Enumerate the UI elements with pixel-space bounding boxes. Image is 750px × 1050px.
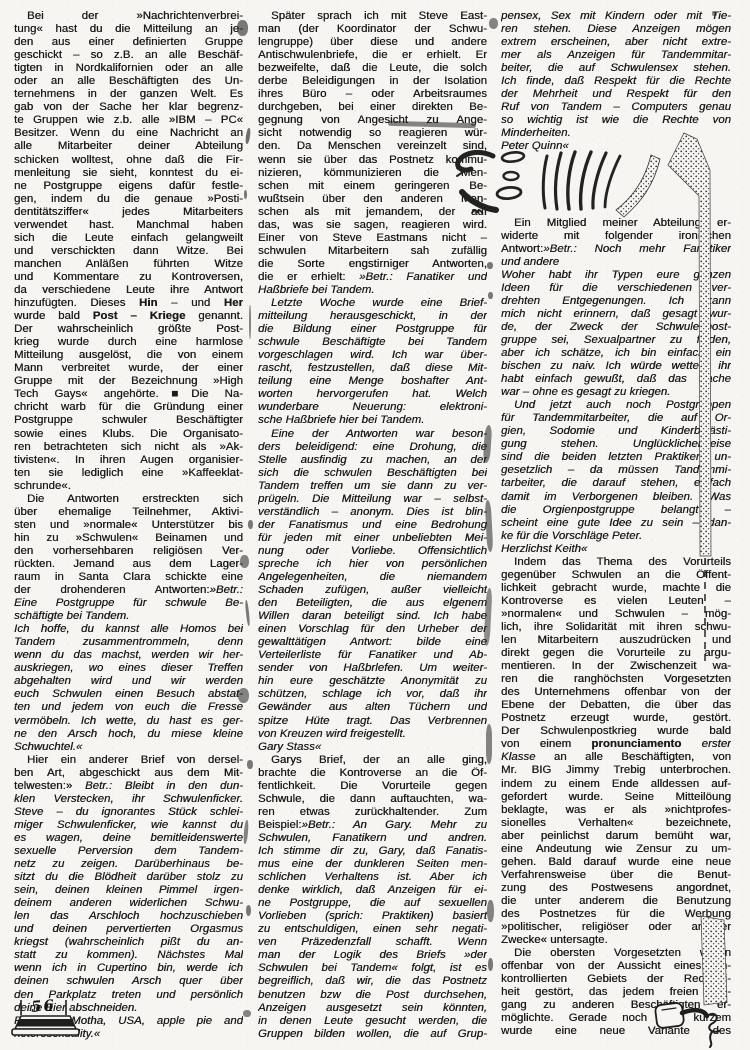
text-run: prügeln. Die Mitteilung war – selbst-	[258, 493, 487, 505]
text-line: Der wahrscheinlich größte Post-	[14, 323, 243, 336]
text-run: »Betr.: Noch mehr Fanatiker	[543, 243, 731, 255]
text-run: das, was sie sagen, reagieren wird.	[258, 219, 487, 231]
text-line: so wichtig ist wie die Rechte von	[501, 114, 731, 127]
text-column-left: Bei der »Nachrichtenverbrei-tung« hast d…	[14, 10, 243, 1041]
text-run: wußtsein über den anderen Men-	[258, 193, 487, 205]
text-line: ten und jedem von euch die Fresse	[14, 701, 243, 714]
text-line: die er erhielt: »Betr.: Fanatiker und	[258, 271, 487, 284]
text-run: wenn du das machst, werden wir her-	[14, 649, 243, 661]
text-run: spitze Hüte tragt. Das Verbrennen	[258, 715, 487, 727]
text-run: »Betr.: Fanatiker und	[359, 271, 487, 283]
text-line: eine Andeutung wie Zensur zu um-	[501, 843, 731, 856]
text-run: gien, Sodomie und Kinderbelästi-	[501, 425, 731, 437]
text-line: geschickt – so z.B. an alle Beschäf-	[14, 49, 243, 62]
text-line: Schwulen bei Tandem« folgt, ist es	[258, 962, 487, 975]
text-run: tigten in Nordkalifornien oder an alle	[14, 62, 243, 74]
text-run: lengruppe) über diese und andere	[258, 36, 487, 48]
text-line: extrem erscheinen, aber nicht extre-	[501, 36, 731, 49]
text-run: worten hervorgerufen hat. Welch	[258, 388, 487, 400]
text-line: gehen. Bald darauf wurde eine neue	[501, 856, 731, 869]
text-line: benutzen bzw die Post durchsehen,	[258, 989, 487, 1002]
text-run: in denen Leute gesucht werden, die	[258, 1015, 487, 1027]
text-line: schwulen Mitarbeitern sah zufällig	[258, 245, 487, 258]
text-run: »normalen« und Schwulen – mög-	[501, 608, 731, 620]
text-run: rascht, festzustellen, daß diese Mit-	[258, 362, 487, 374]
text-line: es wagen, deine bemitleidenswerte	[14, 832, 243, 845]
text-line: teilung eine Menge boshafter Ant-	[258, 375, 487, 388]
text-line: wenn du das machst, werden wir her-	[14, 649, 243, 662]
text-run: Postnetz erzeugt wurde, gestört.	[501, 712, 731, 724]
text-run: genannt.	[185, 310, 243, 322]
text-run: Herzlichst Keith«	[501, 543, 587, 555]
text-run: Letzte Woche wurde eine Brief-	[271, 297, 487, 309]
text-run: pensex, Sex mit Kindern oder mit Tie-	[501, 10, 731, 22]
text-run: gung stehen. Unglücklicherweise	[501, 438, 731, 450]
text-run: gehen. Bald darauf wurde eine neue	[501, 856, 731, 868]
text-line: ke für die Vorschläge Peter.	[501, 530, 731, 543]
text-line: mentieren. In der Zwischenzeit wa-	[501, 660, 731, 673]
text-line: euch Schwulen einen Besuch abstat-	[14, 688, 243, 701]
text-line: Peter Quinn«	[501, 140, 731, 153]
photocopy-speck	[249, 305, 251, 339]
text-line: von Kreuzen wird freigestellt.	[258, 728, 487, 741]
text-run: zu entschuldigen, einen sehr negati-	[258, 923, 487, 935]
text-line: hinzufügten. Dieses Hin – und Her	[14, 297, 243, 310]
text-line: Gruppen bilden wollen, die auf Grup-	[258, 1028, 487, 1041]
text-run: den Beteiligten, die aus elgenem	[258, 597, 487, 609]
text-run: schicken wolltest, ohne daß die Fir-	[14, 154, 243, 166]
text-run: ke für die Vorschläge Peter.	[501, 530, 642, 542]
text-run: Der Schwulenpostkrieg wurde bald	[501, 725, 731, 737]
text-run: schen mit einem geringeren Be-	[258, 180, 487, 192]
text-run: Haßbriefe bei Tandem.	[258, 284, 375, 296]
text-line: alle Mitarbeiter deiner Abteilung	[14, 140, 243, 153]
text-run: kriegst (wahrscheinlich pißt du an-	[14, 936, 243, 948]
text-line: schen mit einem geringeren Be-	[258, 180, 487, 193]
text-run: ihres Büro – oder Arbeitsraumes	[258, 88, 487, 100]
text-line: den Beteiligten, die aus elgenem	[258, 597, 487, 610]
text-line: lengruppe) über diese und andere	[258, 36, 487, 49]
text-line: ne Postgruppe, die auf sexuellen	[258, 897, 487, 910]
text-line: Schaden zufügen, außer vielleicht	[258, 584, 487, 597]
text-run: Indem das Thema des Vorurteils	[514, 556, 731, 568]
text-line: worten hervorgerufen hat. Welch	[258, 388, 487, 401]
text-run: schützen, schlage ich vor, daß ihr	[258, 688, 487, 700]
text-line: von einem pronunciamento erster	[501, 738, 731, 751]
text-run: Willen daran beteiligt sind. Ich habe	[258, 610, 487, 622]
text-line: Postnetz erzeugt wurde, gestört.	[501, 712, 731, 725]
text-run: ne den Arsch hoch, du miese kleine	[14, 728, 243, 740]
text-line: wunderbare Neuerung: elektroni-	[258, 401, 487, 414]
text-line: Der Schwulenpostkrieg wurde bald	[501, 725, 731, 738]
text-line: nizieren, kömmunizieren die Men-	[258, 167, 487, 180]
text-run: ders beleidigend: eine Drohung, die	[258, 441, 487, 453]
text-line: len das Arschloch hochzuschieben	[14, 910, 243, 923]
text-run: tivisten«. In ihren Augen organisier-	[14, 454, 243, 466]
text-line: und deinen pervertierten Orgasmus	[14, 923, 243, 936]
text-run: die unter anderem die Benutzung	[501, 895, 731, 907]
photocopy-speck	[248, 520, 253, 529]
text-line: spitze Hüte tragt. Das Verbrennen	[258, 715, 487, 728]
text-run: möglichte. Gerade noch vor kurzem	[501, 1012, 731, 1024]
text-run: Peter Quinn«	[501, 140, 569, 152]
text-run: benutzen bzw die Post durchsehen,	[258, 989, 487, 1001]
text-run: manchen Anläßen führten Witze	[14, 258, 243, 270]
text-line: die Orgienpostgruppe belangt –	[501, 504, 731, 517]
text-run: Besitzer. Wenn du eine Nachricht an	[14, 127, 243, 139]
text-line: statt zu kommen). Nächstes Mal	[14, 949, 243, 962]
text-line: kriegst (wahrscheinlich pißt du an-	[14, 936, 243, 949]
text-run: durchgeben, bei einer direkten Be-	[258, 101, 487, 113]
text-line: Und jetzt auch noch Postgruppen	[501, 399, 731, 412]
text-line: schen als mit jemandem, der auf	[258, 206, 487, 219]
text-run: aber ich schätze, ich bin einfach ein	[501, 347, 731, 359]
text-run: Schwulen, Fanatikern und andren.	[258, 832, 487, 844]
text-run: Bei der »Nachrichtenverbrei-	[27, 10, 243, 22]
text-run: gesetzlich – da müssen Tandemmi-	[501, 464, 731, 476]
text-run: gefordert wurde. Seine Mitteilöung	[501, 791, 731, 803]
text-line: Willen daran beteiligt sind. Ich habe	[258, 610, 487, 623]
text-run: mitteilung herausgeschickt, in der	[258, 310, 487, 322]
text-line: ders beleidigend: eine Drohung, die	[258, 441, 487, 454]
text-line: Schwuchtel.«	[14, 741, 243, 754]
text-run: Schwulen bei Tandem« folgt, ist es	[258, 962, 487, 974]
text-run: verwendet hast. Manchmal haben	[14, 219, 243, 231]
text-line: Beispiel:»Betr.: An Gary. Mehr zu	[258, 819, 487, 832]
text-run: und deinen pervertierten Orgasmus	[14, 923, 243, 935]
text-line: den vorhersehbaren religiösen Ver-	[14, 545, 243, 558]
text-line: schäftigte bei Tandem.	[14, 610, 243, 623]
text-line: den. Da Menschen vereinzelt sind,	[258, 140, 487, 153]
text-run: Ebene der Debatten, die über das	[501, 699, 731, 711]
text-run: da verschiedene Leute ihre Antwort	[14, 284, 243, 296]
text-run: Ideen für die verschiedenen ver-	[501, 282, 731, 294]
text-line: Stelle ausfindig zu machen, an der	[258, 454, 487, 467]
text-line: indem zu einem Ende alldessen auf-	[501, 778, 731, 791]
text-run: Schaden zufügen, außer vielleicht	[258, 584, 487, 596]
text-run: Tandem zusammentrommeln, denn	[14, 636, 243, 648]
text-line: oder an alle Beschäftigten des Un-	[14, 75, 243, 88]
text-line: Tech Gays« angehörte.■Die Na-	[14, 388, 243, 401]
text-run: scheint eine gute Idee zu sein – dan-	[501, 517, 731, 529]
text-line: Die Antworten erstreckten sich	[14, 493, 243, 506]
text-line: mitteilung herausgeschickt, in der	[258, 310, 487, 323]
text-line: Hier ein anderer Brief von dersel-	[14, 754, 243, 767]
text-run: Schwule, die dann auftauchten, wa-	[258, 793, 487, 805]
text-line: die unter anderem die Benutzung	[501, 895, 731, 908]
text-line: Zwecke« untersagte.	[501, 934, 731, 947]
text-run: der Fanatismus und eine Bedrohung	[258, 519, 487, 531]
text-line: Schwule, die dann auftauchten, wa-	[258, 793, 487, 806]
text-run: gen, indem du die genaue »Posti-	[14, 193, 243, 205]
text-run: sich die schwulen Beschäftigten bei	[258, 467, 487, 479]
text-run: ven Präzedenzfall schafft. Wenn	[258, 936, 487, 948]
text-line: Woher habt ihr Typen eure ganzen	[501, 269, 731, 282]
text-line: einen Vorschlag für den Urheber der	[258, 623, 487, 636]
text-line: netz zu zeigen. Darüberhinaus be-	[14, 858, 243, 871]
text-line: und Kommentare zu Kontroversen,	[14, 271, 243, 284]
text-line: wurde eine neue Variante des	[501, 1025, 731, 1038]
text-line: deinem anderen widerlichen Schwu-	[14, 897, 243, 910]
text-line: bezweifelte, daß die Leute, die solch	[258, 62, 487, 75]
text-line: ren die ranghöchsten Vorgesetzten	[501, 673, 731, 686]
text-line: Anzeigen ausgesetzt sein könnten,	[258, 1002, 487, 1015]
text-line: nung oder Vorliebe. Offensichtlich	[258, 545, 487, 558]
text-line: gang zu anderen Beschäftigten er-	[501, 999, 731, 1012]
text-run: verständlich – anonym. Dies ist blin-	[258, 506, 487, 518]
text-run: gruppe sei, Sexualpartner zu finden,	[501, 334, 731, 346]
text-line: pensex, Sex mit Kindern oder mit Tie-	[501, 10, 731, 23]
text-line: sicht notwendig so reagieren wür-	[258, 127, 487, 140]
text-line: sich die Leute einfach gelangweilt	[14, 232, 243, 245]
text-run: lichkeit gebracht wurde, machte die	[501, 582, 731, 594]
text-run: Antischwulenbriefe, die er erhielt. Er	[258, 49, 487, 61]
text-run: gab von der Sache her klar begrenz-	[14, 101, 243, 113]
text-line: ren etwas zurückhaltender. Zum	[258, 806, 487, 819]
text-run: schwulen Mitarbeitern sah zufällig	[258, 245, 487, 257]
text-line: Indem das Thema des Vorurteils	[501, 556, 731, 569]
text-run: denke wirklich, daß Anzeigen für ei-	[258, 884, 487, 896]
text-run: tung« hast du die Mitteilung an je-	[14, 23, 243, 35]
text-run: heterosexuality.«	[14, 1028, 100, 1040]
text-run: kontrollierten Gebiets der Redefrei-	[501, 973, 731, 985]
text-line: des Unternehmens offenbar von der	[501, 686, 731, 699]
text-run: über ehemalige Teilnehmer, Aktivi-	[14, 506, 243, 518]
text-run: sitzt du die Blödheit darüber stolz zu	[14, 871, 243, 883]
text-run: len Mitarbeitern auszudrücken und	[501, 634, 731, 646]
text-run: des Unternehmens offenbar von der	[501, 686, 731, 698]
text-run: Eine Postgruppe für schwule Be-	[14, 597, 243, 609]
text-line: ne Postgruppe eigens dafür festle-	[14, 180, 243, 193]
text-run: Zwecke« untersagte.	[501, 934, 608, 946]
text-run: mich nicht erinnern, daß gesagt wur-	[501, 308, 731, 320]
text-line: ren stehen. Diese Anzeigen mögen	[501, 23, 731, 36]
text-run: die Sorte engstirniger Antworten,	[258, 258, 487, 270]
photocopy-speck	[246, 905, 251, 916]
text-run: sich die Leute einfach gelangweilt	[14, 232, 243, 244]
text-line: Redneck Motha, USA, apple pie and	[14, 1015, 243, 1028]
photocopy-speck	[243, 820, 249, 844]
text-line: und verschickten dann Witze. Bei	[14, 245, 243, 258]
text-run: aber peinlichst darum bemüht war,	[501, 830, 731, 842]
text-line: Ebene der Debatten, die über das	[501, 699, 731, 712]
text-line: des Postnetzes für die Werbung	[501, 908, 731, 921]
text-line: Postgruppe schwuler Beschäftigter	[14, 414, 243, 427]
text-line: zung des Postwesens angordnet,	[501, 882, 731, 895]
text-line: den aus einer definierten Gruppe	[14, 36, 243, 49]
photocopy-speck	[488, 958, 493, 971]
text-run: des Postnetzes für die Werbung	[501, 908, 731, 920]
text-line: schicken wolltest, ohne daß die Fir-	[14, 154, 243, 167]
text-run: Hin	[139, 297, 158, 309]
text-run: sten und »normale« Unterstützer bis	[14, 519, 243, 531]
text-run: Klasse	[501, 751, 536, 763]
text-run: Stelle ausfindig zu machen, an der	[258, 454, 487, 466]
text-line: Eine Postgruppe für schwule Be-	[14, 597, 243, 610]
text-run: euch Schwulen einen Besuch abstat-	[14, 688, 243, 700]
text-line: mus eine der dunkleren Seiten men-	[258, 858, 487, 871]
text-run: bischen zu naiv. Ich würde wetten, ihr	[501, 360, 731, 372]
text-line: heterosexuality.«	[14, 1028, 243, 1041]
text-run: die Orgienpostgruppe belangt –	[501, 504, 731, 516]
text-run: Post – Kriege	[93, 310, 186, 322]
text-run: hinzufügten. Dieses	[14, 297, 139, 309]
text-line: Verteilerliste für Fanatiker und Ab-	[258, 649, 487, 662]
text-run: Mann verbreitet wurde, der einer	[14, 362, 243, 374]
text-line: schlichen Verhaltens ist. Aber ich	[258, 871, 487, 884]
text-line: begreiflich, daß wir, die das Postnetz	[258, 975, 487, 988]
text-run: lich, ihre Solidarität mit ihren schwu-	[501, 621, 731, 633]
text-run: von einem	[501, 738, 591, 750]
photocopy-speck	[712, 12, 717, 16]
text-run: die Bildung einer Postgruppe für	[258, 323, 487, 335]
text-line: auskriegen, wo eines dieser Treffen	[14, 662, 243, 675]
text-run: Verteilerliste für Fanatiker und Ab-	[258, 649, 487, 661]
text-run: indem zu einem Ende alldessen auf-	[501, 778, 731, 790]
text-line: vorgeschlagen wird. Ich war über-	[258, 349, 487, 362]
text-line: Eine der Antworten war beson-	[258, 428, 487, 441]
text-line: man der Logik des Briefs »der	[258, 949, 487, 962]
text-line: miger Schwulenficker, wie kannst du	[14, 819, 243, 832]
text-line: schrunde«.	[14, 480, 243, 493]
text-line: menleitung sie sieht, konntest du ei-	[14, 167, 243, 180]
text-line: Verfahrensweise über die Benut-	[501, 869, 731, 882]
text-run: Einer von Steve Eastmans nicht –	[258, 232, 487, 244]
text-line: abgehalten wird und wir werden	[14, 675, 243, 688]
text-line: war – ohne es gesagt zu kriegen.	[501, 386, 731, 399]
text-line: widerte mit folgender ironischen	[501, 230, 731, 243]
text-line: sitzt du die Blödheit darüber stolz zu	[14, 871, 243, 884]
text-line: »politischer, religiöser oder anderer	[501, 921, 731, 934]
text-run: beklagte, was er als »nichtprofes-	[501, 804, 731, 816]
text-line: Minderheiten.	[501, 127, 731, 140]
text-line: »normalen« und Schwulen – mög-	[501, 608, 731, 621]
text-line: vermöbeln. Ich wette, du hast es ger-	[14, 715, 243, 728]
text-line: Kontroverse es vielen Leuten –	[501, 595, 731, 608]
text-line: dentitätsziffer« jedes Mitarbeiters	[14, 206, 243, 219]
text-run: und verschickten dann Witze. Bei	[14, 245, 243, 257]
text-line: lich, ihre Solidarität mit ihren schwu-	[501, 621, 731, 634]
text-run: hin eure geschätzte Anonymität zu	[258, 675, 487, 687]
text-line: der Mehrheit und Respekt für den	[501, 88, 731, 101]
text-line: Mr. BIG Jimmy Trebig unterbrochen.	[501, 764, 731, 777]
text-line: Steve – du ignorantes Stück schlei-	[14, 806, 243, 819]
text-run: wurde bald	[14, 310, 93, 322]
page-number: 56	[30, 996, 56, 1016]
text-run: so wichtig ist wie die Rechte von	[501, 114, 731, 126]
text-line: Tandem treffen um sie dann zu ver-	[258, 480, 487, 493]
text-line: tarbeiter, die darauf stehen, einfach	[501, 477, 731, 490]
text-line: tung« hast du die Mitteilung an je-	[14, 23, 243, 36]
text-line: manchen Anläßen führten Witze	[14, 258, 243, 271]
text-line: für jeden mit einer unbeliebten Mei-	[258, 532, 487, 545]
text-line: ihres Büro – oder Arbeitsraumes	[258, 88, 487, 101]
photocopy-speck	[237, 20, 248, 36]
text-line: Besitzer. Wenn du eine Nachricht an	[14, 127, 243, 140]
text-run: miger Schwulenficker, wie kannst du	[14, 819, 243, 831]
text-run: schwule Beschäftigte bei Tandem	[258, 336, 487, 348]
text-run: und Kommentare zu Kontroversen,	[14, 271, 243, 283]
text-line: über ehemalige Teilnehmer, Aktivi-	[14, 506, 243, 519]
text-line: tivisten«. In ihren Augen organisier-	[14, 454, 243, 467]
text-run: ten und jedem von euch die Fresse	[14, 701, 243, 713]
text-run: den aus einer definierten Gruppe	[14, 36, 243, 48]
text-line: klen Verstecken, ihr Schwulenficker.	[14, 793, 243, 806]
text-run: für jeden mit einer unbeliebten Mei-	[258, 532, 487, 544]
text-line: da verschiedene Leute ihre Antwort	[14, 284, 243, 297]
text-run: krieg wurde durch eine harmlose	[14, 336, 243, 348]
text-line: Ideen für die verschiedenen ver-	[501, 282, 731, 295]
text-line: sowie eines Klubs. Die Organisato-	[14, 428, 243, 441]
text-line: Angelegenheiten, die niemandem	[258, 571, 487, 584]
text-run: Gruppe mit der Bezeichnung »High	[14, 375, 243, 387]
text-line: Ich finde, daß Respekt für die Rechte	[501, 75, 731, 88]
text-run: Die Antworten erstreckten sich	[27, 493, 243, 505]
photocopy-speck	[240, 555, 249, 568]
text-line: in denen Leute gesucht werden, die	[258, 1015, 487, 1028]
text-run: Beispiel:	[258, 819, 302, 831]
text-line: ren betrachteten sich nicht als »Ak-	[14, 441, 243, 454]
text-run: »politischer, religiöser oder anderer	[501, 921, 731, 933]
text-run: Die obersten Vorgesetzten waren	[514, 947, 731, 959]
text-line: Klasse an alle Beschäftigten, von	[501, 751, 731, 764]
text-line: gab von der Sache her klar begrenz-	[14, 101, 243, 114]
text-run: Gruppen bilden wollen, die auf Grup-	[258, 1028, 487, 1040]
text-line: möglichte. Gerade noch vor kurzem	[501, 1012, 731, 1025]
text-run: es wagen, deine bemitleidenswerte	[14, 832, 243, 844]
text-line: der Fanatismus und eine Bedrohung	[258, 519, 487, 532]
text-run: sein, deinen kleinen Pimmel irgen-	[14, 884, 243, 896]
text-run: gegenüber Schwulen an die Öffent-	[501, 569, 731, 581]
text-run: beiter, die auf Schwulensex stehen.	[501, 62, 731, 74]
text-line: zu entschuldigen, einen sehr negati-	[258, 923, 487, 936]
text-run: Vorlieben (sprich: Praktiken) basiert	[258, 910, 487, 922]
text-column-right: pensex, Sex mit Kindern oder mit Tie-ren…	[501, 10, 731, 1038]
text-run: von Kreuzen wird freigestellt.	[258, 728, 406, 740]
text-run: te Gruppen wie z.b. alle »IBM – PC«	[14, 114, 243, 126]
text-run: Kontroverse es vielen Leuten –	[501, 595, 731, 607]
text-line: ven Präzedenzfall schafft. Wenn	[258, 936, 487, 949]
text-run: Mitteilung ausgelöst, die von einem	[14, 349, 243, 361]
text-run: direkt gegen die Vorurteile zu argu-	[501, 647, 731, 659]
text-run: die er erhielt:	[258, 271, 359, 283]
scanned-book-page: { "page": { "number": "56", "language_hi…	[0, 0, 750, 1050]
text-run: telwesten:»	[14, 780, 85, 792]
text-run: len das Arschloch hochzuschieben	[14, 910, 243, 922]
text-line: damit im Verborgenen bleiben. Was	[501, 491, 731, 504]
text-line: gen, indem du die genaue »Posti-	[14, 193, 243, 206]
text-run: eine Andeutung wie Zensur zu um-	[501, 843, 731, 855]
text-line: Ein Mitglied meiner Abteilung er-	[501, 217, 731, 230]
text-run: – und	[158, 297, 224, 309]
text-run: extrem erscheinen, aber nicht extre-	[501, 36, 731, 48]
text-run: wenn ich in Cupertino bin, werde ich	[14, 962, 243, 974]
text-run: erster	[681, 738, 731, 750]
text-line: sten und »normale« Unterstützer bis	[14, 519, 243, 532]
text-run: alle Mitarbeiter deiner Abteilung	[14, 140, 243, 152]
text-run: ben Art, abgeschickt aus dem Mit-	[14, 767, 243, 779]
text-run: Postgruppe schwuler Beschäftigter	[14, 414, 243, 426]
text-run: Eine der Antworten war beson-	[271, 428, 487, 440]
text-run: nung oder Vorliebe. Offensichtlich	[258, 545, 487, 557]
text-line: hin zu »Schwulen« Beinamen und	[14, 532, 243, 545]
text-line: Gary Stass«	[258, 741, 487, 754]
text-line: habt einfach gewußt, daß das Sache	[501, 373, 731, 386]
text-line: Mitteilung ausgelöst, die von einem	[14, 349, 243, 362]
text-run: Anzeigen ausgesetzt sein könnten,	[258, 1002, 487, 1014]
text-line: derbe Beleidigungen in der Isolation	[258, 75, 487, 88]
text-run: offenbar von der Aussicht eines un-	[501, 960, 731, 972]
